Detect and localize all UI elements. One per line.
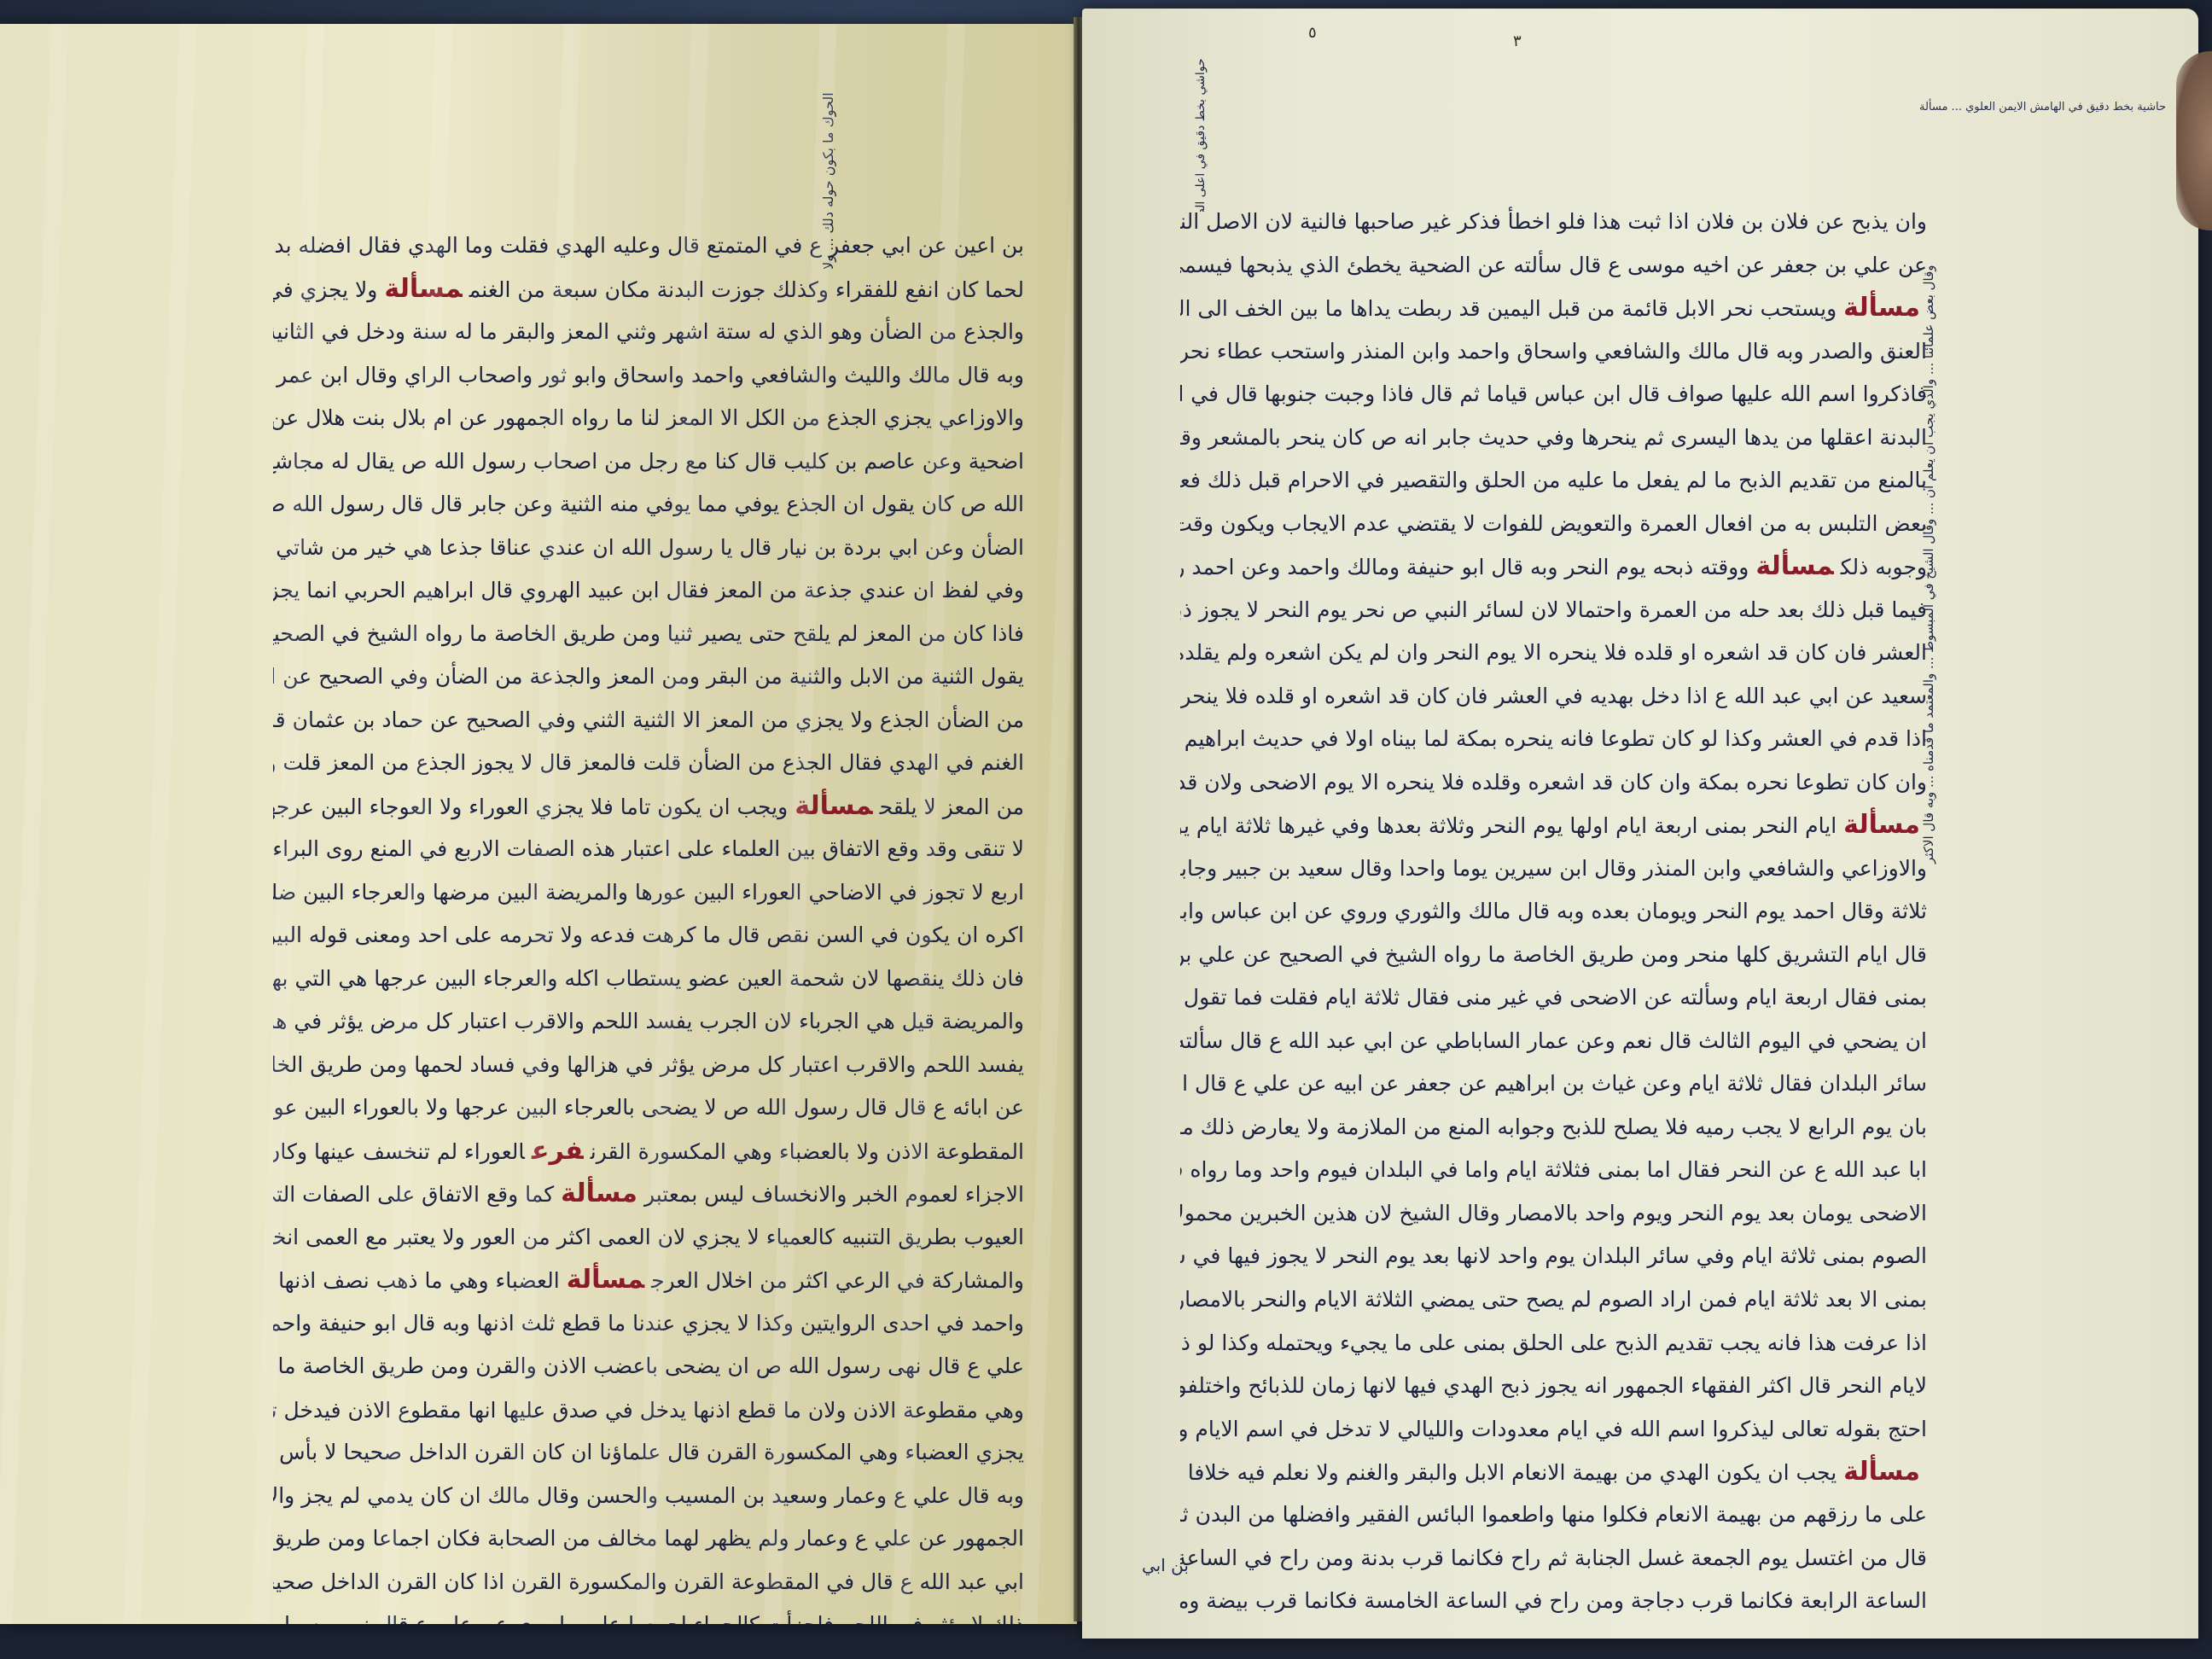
line-text: بمنى الا بعد ثلاثة ايام فمن اراد الصوم ل… xyxy=(1180,1287,1927,1312)
manuscript-line: علي ع قال نهى رسول الله ص ان يضحى باعضب … xyxy=(273,1345,1024,1388)
folio-mark: ٣ xyxy=(1513,32,1522,50)
manuscript-line: سعيد عن ابي عبد الله ع اذا دخل بهديه في … xyxy=(1180,675,1927,719)
manuscript-line: اذا عرفت هذا فانه يجب تقديم الذبح على ال… xyxy=(1180,1321,1927,1365)
right-main-text: وان يذبح عن فلان بن فلان اذا ثبت هذا فلو… xyxy=(1180,201,1927,1623)
manuscript-line: بمنى فقال اربعة ايام وسألته عن الاضحى في… xyxy=(1180,976,1927,1020)
manuscript-line: الله ص كان يقول ان الجذع يوفي مما يوفي م… xyxy=(273,483,1024,527)
manuscript-line: قال من اغتسل يوم الجمعة غسل الجنابة ثم ر… xyxy=(1180,1537,1927,1580)
manuscript-line: ثلاثة وقال احمد يوم النحر ويومان بعده وب… xyxy=(1180,890,1927,934)
line-text: يفسد اللحم والاقرب اعتبار كل مرض يؤثر في… xyxy=(273,1052,1024,1077)
manuscript-line: يقول الثنية من الابل والثنية من البقر وم… xyxy=(273,655,1024,699)
line-text: الغنم في الهدي فقال الجذع من الضأن قلت ف… xyxy=(273,750,1024,775)
line-text: وبه قال علي ع وعمار وسعيد بن المسيب والح… xyxy=(273,1483,1024,1508)
line-text: علي ع قال نهى رسول الله ص ان يضحى باعضب … xyxy=(273,1353,1024,1378)
line-text: ويستحب نحر الابل قائمة من قبل اليمين قد … xyxy=(1180,296,1837,321)
line-text: احتج بقوله تعالى ليذكروا اسم الله في ايا… xyxy=(1180,1417,1927,1441)
line-text: والمريضة قيل هي الجرباء لان الجرب يفسد ا… xyxy=(273,1009,1024,1033)
rubric-heading: مسألة xyxy=(384,274,462,304)
manuscript-line: ذلك لا يؤثر في اللحم فاجزأت كالجماء اجمع… xyxy=(273,1604,1024,1624)
manuscript-line: اربع لا تجوز في الاضاحي العوراء البين عو… xyxy=(273,871,1024,915)
line-text: وبه قال مالك والليث والشافعي واحمد واسحا… xyxy=(273,363,1024,387)
line-text: يجزي العضباء وهي المكسورة القرن قال علما… xyxy=(273,1440,1024,1464)
line-text: سائر البلدان فقال ثلاثة ايام وعن غياث بن… xyxy=(1180,1071,1927,1096)
manuscript-line: وبه قال مالك والليث والشافعي واحمد واسحا… xyxy=(273,354,1024,398)
manuscript-line: والاوزاعي والشافعي وابن المنذر وقال ابن … xyxy=(1180,847,1927,891)
line-text: الله ص كان يقول ان الجذع يوفي مما يوفي م… xyxy=(273,492,1024,516)
manuscript-line: اذا قدم في العشر وكذا لو كان تطوعا فانه … xyxy=(1180,718,1927,761)
manuscript-line: مسألةيجب ان يكون الهدي من بهيمة الانعام … xyxy=(1180,1451,1927,1494)
line-text-after-rubric: ويجب ان يكون تاما فلا يجزي العوراء ولا ا… xyxy=(273,795,788,819)
manuscript-line: الصوم بمنى ثلاثة ايام وفي سائر البلدان ي… xyxy=(1180,1235,1927,1278)
rubric-heading: فرع xyxy=(532,1136,584,1166)
manuscript-line: بمنى الا بعد ثلاثة ايام فمن اراد الصوم ل… xyxy=(1180,1278,1927,1322)
manuscript-line: ان يضحي في اليوم الثالث قال نعم وعن عمار… xyxy=(1180,1020,1927,1063)
line-text: فيما قبل ذلك بعد حله من العمرة واحتمالا … xyxy=(1180,597,1927,622)
hand-thumb xyxy=(2176,51,2212,230)
line-text: والاوزاعي يجزي الجذع من الكل الا المعز ل… xyxy=(273,405,1024,430)
line-text: الضأن وعن ابي بردة بن نيار قال يا رسول ا… xyxy=(273,535,1024,560)
line-text: الاجزاء لعموم الخبر والانخساف ليس بمعتبر xyxy=(644,1182,1024,1207)
line-text: وجوبه ذلك xyxy=(1841,555,1927,579)
line-text: يجب ان يكون الهدي من بهيمة الانعام الابل… xyxy=(1180,1460,1837,1485)
line-text: عن ابائه ع قال قال رسول الله ص لا يضحى ب… xyxy=(273,1095,1024,1120)
line-text: واحمد في احدى الروايتين وكذا لا يجزي عند… xyxy=(273,1311,1024,1336)
line-text: العشر فان كان قد اشعره او قلده فلا ينحره… xyxy=(1180,640,1927,665)
rubric-heading: مسألة xyxy=(1843,1457,1920,1487)
manuscript-line: والمشاركة في الرعي اكثر من اخلال العرجمس… xyxy=(273,1259,1024,1302)
manuscript-line: والمريضة قيل هي الجرباء لان الجرب يفسد ا… xyxy=(273,1000,1024,1044)
line-text: ذلك لا يؤثر في اللحم فاجزأت كالجماء اجمع… xyxy=(273,1612,1024,1624)
manuscript-line: فان ذلك ينقصها لان شحمة العين عضو يستطاب… xyxy=(273,958,1024,1001)
line-text-after-rubric: ولا يجزي في الهدي الا الجذع من الضأن وال… xyxy=(273,277,377,302)
line-text: عن علي بن جعفر عن اخيه موسى ع قال سألته … xyxy=(1180,253,1927,277)
manuscript-line: من المعز لا يلقحمسألةويجب ان يكون تاما ف… xyxy=(273,785,1024,829)
line-text: وان كان تطوعا نحره بمكة وان كان قد اشعره… xyxy=(1180,770,1927,795)
manuscript-line: ابا عبد الله ع عن النحر فقال اما بمنى فث… xyxy=(1180,1149,1927,1192)
manuscript-line: عن ابائه ع قال قال رسول الله ص لا يضحى ب… xyxy=(273,1086,1024,1130)
manuscript-line: من الضأن الجذع ولا يجزي من المعز الا الث… xyxy=(273,699,1024,742)
manuscript-line: فاذكروا اسم الله عليها صواف قال ابن عباس… xyxy=(1180,373,1927,416)
line-text: اكره ان يكون في السن نقص قال ما كرهت فدع… xyxy=(273,923,1024,947)
manuscript-line: المقطوعة الاذن ولا بالعضباء وهي المكسورة… xyxy=(273,1130,1024,1173)
line-text: اذا قدم في العشر وكذا لو كان تطوعا فانه … xyxy=(1180,726,1927,751)
line-text: وهي مقطوعة الاذن ولان ما قطع اذنها يدخل … xyxy=(273,1398,1024,1423)
line-text-after-rubric: العوراء لم تنخسف عينها وكان على عينها بي… xyxy=(273,1139,525,1164)
rubric-heading: مسألة xyxy=(561,1179,637,1208)
left-page: الحوك ما بكون حوله دلك ... ولا ساير الال… xyxy=(0,24,1077,1624)
rubric-heading: مسألة xyxy=(1843,293,1920,323)
manuscript-line: مسألةايام النحر بمنى اربعة ايام اولها يو… xyxy=(1180,804,1927,847)
line-text: الساعة الرابعة فكانما قرب دجاجة ومن راح … xyxy=(1180,1588,1927,1613)
line-text: المقطوعة الاذن ولا بالعضباء وهي المكسورة… xyxy=(591,1139,1024,1164)
manuscript-line: العشر فان كان قد اشعره او قلده فلا ينحره… xyxy=(1180,632,1927,675)
line-text: العنق والصدر وبه قال مالك والشافعي واسحا… xyxy=(1180,339,1927,364)
line-text: اربع لا تجوز في الاضاحي العوراء البين عو… xyxy=(273,880,1024,905)
line-text: ان يضحي في اليوم الثالث قال نعم وعن عمار… xyxy=(1180,1028,1927,1053)
line-text-after-rubric: العضباء وهي ما ذهب نصف اذنها او قرنها لا… xyxy=(273,1268,560,1293)
line-text: اضحية وعن عاصم بن كليب قال كنا مع رجل من… xyxy=(273,449,1024,474)
left-main-text: بن اعين عن ابي جعفر ع في المتمتع قال وعل… xyxy=(273,224,1024,1624)
manuscript-line: والجذع من الضأن وهو الذي له ستة اشهر وثن… xyxy=(273,311,1024,354)
manuscript-line: البدنة اعقلها من يدها اليسرى ثم ينحرها و… xyxy=(1180,416,1927,460)
manuscript-line: الغنم في الهدي فقال الجذع من الضأن قلت ف… xyxy=(273,742,1024,785)
line-text: الصوم بمنى ثلاثة ايام وفي سائر البلدان ي… xyxy=(1180,1243,1927,1268)
manuscript-line: اكره ان يكون في السن نقص قال ما كرهت فدع… xyxy=(273,914,1024,958)
line-text: ابي عبد الله ع قال في المقطوعة القرن وال… xyxy=(273,1569,1024,1594)
rubric-heading: مسألة xyxy=(567,1265,644,1295)
manuscript-line: الجمهور عن علي ع وعمار ولم يظهر لهما مخا… xyxy=(273,1517,1024,1561)
rubric-heading: مسألة xyxy=(1755,551,1833,581)
line-text: بن اعين عن ابي جعفر ع في المتمتع قال وعل… xyxy=(273,233,1024,258)
manuscript-line: يفسد اللحم والاقرب اعتبار كل مرض يؤثر في… xyxy=(273,1044,1024,1087)
line-text: العيوب بطريق التنبيه كالعمياء لا يجزي لا… xyxy=(273,1225,1024,1249)
manuscript-line: عن علي بن جعفر عن اخيه موسى ع قال سألته … xyxy=(1180,244,1927,288)
manuscript-line: يجزي العضباء وهي المكسورة القرن قال علما… xyxy=(273,1431,1024,1475)
line-text: قال من اغتسل يوم الجمعة غسل الجنابة ثم ر… xyxy=(1180,1545,1927,1570)
line-text: لايام النحر قال اكثر الفقهاء الجمهور انه… xyxy=(1180,1373,1927,1398)
line-text: لا تنقى وقد وقع الاتفاق بين العلماء على … xyxy=(273,836,1024,861)
manuscript-line: والاوزاعي يجزي الجذع من الكل الا المعز ل… xyxy=(273,397,1024,440)
manuscript-line: وبه قال علي ع وعمار وسعيد بن المسيب والح… xyxy=(273,1475,1024,1518)
manuscript-line: واحمد في احدى الروايتين وكذا لا يجزي عند… xyxy=(273,1302,1024,1346)
manuscript-line: لايام النحر قال اكثر الفقهاء الجمهور انه… xyxy=(1180,1365,1927,1408)
manuscript-line: لا تنقى وقد وقع الاتفاق بين العلماء على … xyxy=(273,828,1024,871)
right-page: ٥ ٣ حواشي بخط دقيق في اعلى الصفحة ... وا… xyxy=(1082,9,2198,1639)
line-text: والمشاركة في الرعي اكثر من اخلال العرج xyxy=(651,1268,1024,1293)
line-text-after-rubric: ووقته ذبحه يوم النحر وبه قال ابو حنيفة و… xyxy=(1180,555,1749,579)
line-text: ابا عبد الله ع عن النحر فقال اما بمنى فث… xyxy=(1180,1157,1927,1182)
line-text: والجذع من الضأن وهو الذي له ستة اشهر وثن… xyxy=(273,319,1024,344)
top-marginal-columns: حواشي بخط دقيق في اعلى الصفحة ... والحدي… xyxy=(1191,58,1618,212)
manuscript-line: وجوبه ذلكمسألةووقته ذبحه يوم النحر وبه ق… xyxy=(1180,545,1927,589)
margin-vertical-note: وقال بعض علمائنا ... والذي يجب ان يعلم ا… xyxy=(1918,265,2140,1365)
line-text: بمنى فقال اربعة ايام وسألته عن الاضحى في… xyxy=(1180,985,1927,1010)
line-text: من الضأن الجذع ولا يجزي من المعز الا الث… xyxy=(273,707,1024,732)
manuscript-line: احتج بقوله تعالى ليذكروا اسم الله في ايا… xyxy=(1180,1407,1927,1451)
manuscript-line: وان يذبح عن فلان بن فلان اذا ثبت هذا فلو… xyxy=(1180,201,1927,244)
line-text: سعيد عن ابي عبد الله ع اذا دخل بهديه في … xyxy=(1180,684,1927,708)
line-text: بالمنع من تقديم الذبح ما لم يفعل ما عليه… xyxy=(1180,468,1927,492)
manuscript-line: الضأن وعن ابي بردة بن نيار قال يا رسول ا… xyxy=(273,527,1024,570)
line-text: من المعز لا يلقح xyxy=(880,795,1024,819)
manuscript-line: بن اعين عن ابي جعفر ع في المتمتع قال وعل… xyxy=(273,224,1024,268)
manuscript-line: بالمنع من تقديم الذبح ما لم يفعل ما عليه… xyxy=(1180,459,1927,503)
line-text: فاذا كان من المعز لم يلقح حتى يصير ثنيا … xyxy=(273,621,1024,646)
manuscript-line: وان كان تطوعا نحره بمكة وان كان قد اشعره… xyxy=(1180,761,1927,805)
manuscript-line: قال ايام التشريق كلها منحر ومن طريق الخا… xyxy=(1180,934,1927,977)
margin-grid-note: حاشية بخط دقيق في الهامش الايمن العلوي .… xyxy=(1918,98,2166,256)
line-text: لحما كان انفع للفقراء وكذلك جوزت البدنة … xyxy=(469,277,1024,302)
line-text: بان يوم الرابع لا يجب رميه فلا يصلح للذب… xyxy=(1180,1115,1927,1139)
line-text: والاوزاعي والشافعي وابن المنذر وقال ابن … xyxy=(1180,856,1927,881)
manuscript-line: فيما قبل ذلك بعد حله من العمرة واحتمالا … xyxy=(1180,589,1927,632)
line-text: يقول الثنية من الابل والثنية من البقر وم… xyxy=(273,664,1024,689)
manuscript-line: على ما رزقهم من بهيمة الانعام فكلوا منها… xyxy=(1180,1493,1927,1537)
line-text-after-rubric: كما وقع الاتفاق على الصفات التي تقدمت فك… xyxy=(273,1182,554,1207)
line-text: على ما رزقهم من بهيمة الانعام فكلوا منها… xyxy=(1180,1502,1927,1527)
catchword: بن ابي xyxy=(1142,1555,1189,1575)
line-text: فاذكروا اسم الله عليها صواف قال ابن عباس… xyxy=(1180,381,1927,406)
folio-mark: ٥ xyxy=(1308,24,1317,42)
manuscript-line: وهي مقطوعة الاذن ولان ما قطع اذنها يدخل … xyxy=(273,1388,1024,1432)
manuscript-line: الاجزاء لعموم الخبر والانخساف ليس بمعتبر… xyxy=(273,1173,1024,1216)
manuscript-line: فاذا كان من المعز لم يلقح حتى يصير ثنيا … xyxy=(273,613,1024,656)
manuscript-line: لحما كان انفع للفقراء وكذلك جوزت البدنة … xyxy=(273,268,1024,311)
rubric-heading: مسألة xyxy=(795,791,872,821)
manuscript-line: بعض التلبس به من افعال العمرة والتعويض ل… xyxy=(1180,503,1927,546)
manuscript-line: ابي عبد الله ع قال في المقطوعة القرن وال… xyxy=(273,1561,1024,1604)
line-text: ايام النحر بمنى اربعة ايام اولها يوم الن… xyxy=(1180,813,1837,838)
manuscript-line: بان يوم الرابع لا يجب رميه فلا يصلح للذب… xyxy=(1180,1106,1927,1150)
line-text: الجمهور عن علي ع وعمار ولم يظهر لهما مخا… xyxy=(273,1526,1024,1551)
manuscript-line: مسألةويستحب نحر الابل قائمة من قبل اليمي… xyxy=(1180,287,1927,330)
manuscript-line: العنق والصدر وبه قال مالك والشافعي واسحا… xyxy=(1180,330,1927,374)
line-text: اذا عرفت هذا فانه يجب تقديم الذبح على ال… xyxy=(1180,1330,1927,1355)
line-text: بعض التلبس به من افعال العمرة والتعويض ل… xyxy=(1180,511,1927,536)
rubric-heading: مسألة xyxy=(1843,810,1920,840)
line-text: فان ذلك ينقصها لان شحمة العين عضو يستطاب… xyxy=(273,966,1024,991)
manuscript-line: وفي لفظ ان عندي جذعة من المعز فقال ابن ع… xyxy=(273,569,1024,613)
manuscript-line: العيوب بطريق التنبيه كالعمياء لا يجزي لا… xyxy=(273,1216,1024,1260)
line-text: الاضحى يومان بعد يوم النحر ويوم واحد بال… xyxy=(1180,1201,1927,1225)
line-text: قال ايام التشريق كلها منحر ومن طريق الخا… xyxy=(1180,942,1927,967)
manuscript-line: الاضحى يومان بعد يوم النحر ويوم واحد بال… xyxy=(1180,1192,1927,1236)
manuscript-line: اضحية وعن عاصم بن كليب قال كنا مع رجل من… xyxy=(273,440,1024,484)
line-text: وفي لفظ ان عندي جذعة من المعز فقال ابن ع… xyxy=(273,578,1024,602)
line-text: وان يذبح عن فلان بن فلان اذا ثبت هذا فلو… xyxy=(1180,209,1927,234)
manuscript-line: سائر البلدان فقال ثلاثة ايام وعن غياث بن… xyxy=(1180,1062,1927,1106)
manuscript-line: الساعة الرابعة فكانما قرب دجاجة ومن راح … xyxy=(1180,1580,1927,1623)
line-text: البدنة اعقلها من يدها اليسرى ثم ينحرها و… xyxy=(1180,425,1927,450)
line-text: ثلاثة وقال احمد يوم النحر ويومان بعده وب… xyxy=(1180,899,1927,923)
